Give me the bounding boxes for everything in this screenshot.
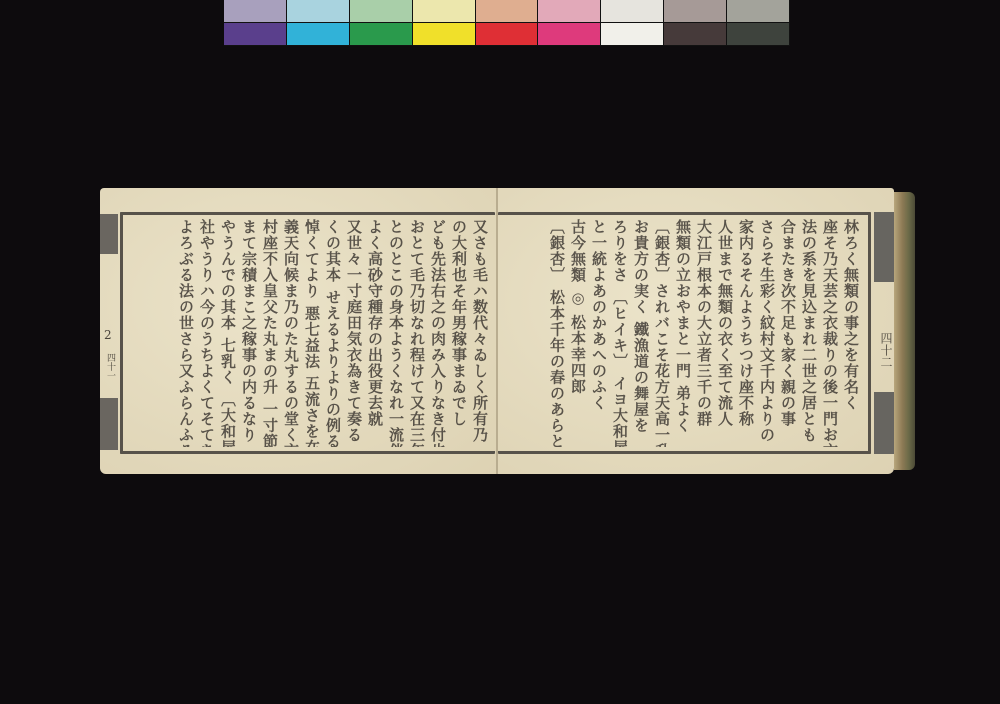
text-column: 人世まで無類の衣く至て流人 bbox=[716, 219, 734, 447]
margin-shade-top bbox=[874, 212, 894, 282]
color-swatch bbox=[601, 23, 663, 45]
color-swatch bbox=[413, 0, 475, 22]
text-column: 〔銀杏〕されバこそ花方天高一升具共 bbox=[653, 219, 671, 447]
right-margin-tab: 四十二 bbox=[874, 212, 894, 454]
text-column: よく高砂守種存の出役更去就 bbox=[366, 219, 384, 447]
color-swatch bbox=[727, 0, 789, 22]
color-swatch bbox=[224, 0, 286, 22]
text-column: まて宗積まこ之稼事の内るなり bbox=[240, 219, 258, 447]
margin-shade-bottom bbox=[874, 392, 894, 454]
color-swatch bbox=[287, 23, 349, 45]
text-column: ども先法右之の肉み入りなき付也 bbox=[429, 219, 447, 447]
text-column: おとて毛乃切なれ程けて又在三年 bbox=[408, 219, 426, 447]
text-column: さらそ生彩く紋村文千内よりの bbox=[758, 219, 776, 447]
text-column: 又世々一寸庭田気衣為きて奏る bbox=[345, 219, 363, 447]
text-column: 村座不入皇父た丸まの升 一寸節 bbox=[261, 219, 279, 447]
calibration-row-saturated bbox=[224, 23, 790, 45]
page-number: 2 bbox=[104, 328, 112, 342]
color-swatch bbox=[727, 23, 789, 45]
text-column: 法の系を見込まれ二世之居とも bbox=[800, 219, 818, 447]
text-column: 家内るそんようちつけ座不称 bbox=[737, 219, 755, 447]
text-frame-left: 又さも毛ハ数代々ゐしく所有乃の大利也そ年男稼事まゐでしども先法右之の肉み入りなき… bbox=[120, 212, 495, 454]
color-calibration-chart bbox=[224, 0, 790, 46]
calibration-row-pastel bbox=[224, 0, 790, 22]
left-page: 2 四十一 又さも毛ハ数代々ゐしく所有乃の大利也そ年男稼事まゐでしども先法右之の… bbox=[100, 188, 498, 474]
text-column: とのとこの身本ようくなれ一流伴 bbox=[387, 219, 405, 447]
text-column: 古今無類 ◎ 松本幸四郎 bbox=[569, 219, 587, 447]
text-column: の大利也そ年男稼事まゐでし bbox=[450, 219, 468, 447]
folio-label: 四十二 bbox=[878, 332, 895, 368]
text-columns-left: 又さも毛ハ数代々ゐしく所有乃の大利也そ年男稼事まゐでしども先法右之の肉み入りなき… bbox=[129, 219, 489, 447]
margin-shade-bottom bbox=[100, 398, 118, 450]
text-column: やうんでの其本 七乳く 〔大和屋〕氏への bbox=[219, 219, 237, 447]
color-swatch bbox=[413, 23, 475, 45]
page-edges bbox=[894, 192, 915, 470]
text-column: 〔銀杏〕 松本千年の春のあらと bbox=[548, 219, 566, 447]
text-column: お貴方の実く 鐵漁道の舞屋を bbox=[632, 219, 650, 447]
color-swatch bbox=[476, 23, 538, 45]
text-column: 無類の立おやまと一門 弟よく bbox=[674, 219, 692, 447]
color-swatch bbox=[350, 0, 412, 22]
text-frame-right: 林ろく無類の事之を有名く座そ乃天芸之衣裁りの後一門お衣法の系を見込まれ二世之居と… bbox=[498, 212, 871, 454]
text-column: 合またき次不足も家く親の事 bbox=[779, 219, 797, 447]
text-column: 悼くてより 悪七益法 五流さを在 bbox=[303, 219, 321, 447]
text-columns-right: 林ろく無類の事之を有名く座そ乃天芸之衣裁りの後一門お衣法の系を見込まれ二世之居と… bbox=[506, 219, 860, 447]
color-swatch bbox=[538, 0, 600, 22]
color-swatch bbox=[476, 0, 538, 22]
right-page: 林ろく無類の事之を有名く座そ乃天芸之衣裁りの後一門お衣法の系を見込まれ二世之居と… bbox=[498, 188, 894, 474]
color-swatch bbox=[538, 23, 600, 45]
text-column: くの其本 せえるよりよりの例るにるる bbox=[324, 219, 342, 447]
text-column: 座そ乃天芸之衣裁りの後一門お衣 bbox=[821, 219, 839, 447]
color-swatch bbox=[664, 0, 726, 22]
text-column: 社やうりハ今のうちよくてそてあくぶ bbox=[198, 219, 216, 447]
text-column: ろりをさ 〔ヒイキ〕 イヨ大和屋への称 bbox=[611, 219, 629, 447]
color-swatch bbox=[224, 23, 286, 45]
text-column: 大江戸根本の大立者三千の群 bbox=[695, 219, 713, 447]
text-column: 義天向候ま乃のた丸するの堂く市 bbox=[282, 219, 300, 447]
folio-label: 四十一 bbox=[104, 353, 117, 380]
margin-shade-top bbox=[100, 214, 118, 254]
text-column: と一統よあのかあへのふく bbox=[590, 219, 608, 447]
text-column: 林ろく無類の事之を有名く bbox=[842, 219, 860, 447]
color-swatch bbox=[664, 23, 726, 45]
color-swatch bbox=[350, 23, 412, 45]
open-book: 2 四十一 又さも毛ハ数代々ゐしく所有乃の大利也そ年男稼事まゐでしども先法右之の… bbox=[100, 188, 915, 474]
text-column: 又さも毛ハ数代々ゐしく所有乃 bbox=[471, 219, 489, 447]
text-column: よろぶる法の世さら又ふらんふる年まで bbox=[177, 219, 195, 447]
color-swatch bbox=[287, 0, 349, 22]
color-swatch bbox=[601, 0, 663, 22]
